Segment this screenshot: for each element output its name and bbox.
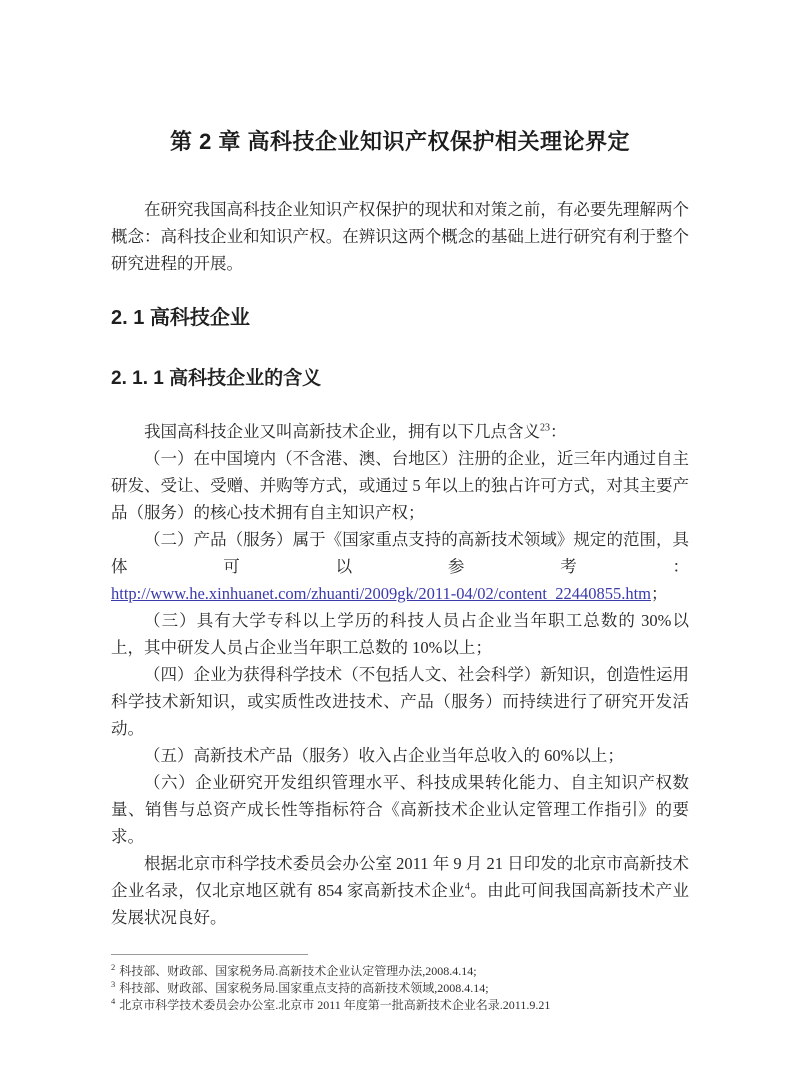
footnote-separator: [111, 954, 308, 955]
meaning-intro-colon: ：: [550, 422, 567, 441]
footnote: 4北京市科学技术委员会办公室.北京市 2011 年度第一批高新技术企业名录.20…: [111, 997, 689, 1014]
footnote: 2科技部、财政部、国家税务局.高新技术企业认定管理办法,2008.4.14;: [111, 963, 689, 980]
meaning-intro-text: 我国高科技企业又叫高新技术企业，拥有以下几点含义: [144, 422, 540, 441]
chapter-title: 第 2 章 高科技企业知识产权保护相关理论界定: [111, 126, 689, 158]
definition-item-2-line2: 体 可 以 参 考 ：: [111, 553, 689, 580]
section-heading-2-1: 2. 1 高科技企业: [111, 304, 689, 332]
definition-item-2-line1: （二）产品（服务）属于《国家重点支持的高新技术领域》规定的范围，具: [111, 526, 689, 553]
definition-item-6: （六）企业研究开发组织管理水平、科技成果转化能力、自主知识产权数量、销售与总资产…: [111, 769, 689, 850]
definition-item-1: （一）在中国境内（不含港、澳、台地区）注册的企业，近三年内通过自主研发、受让、受…: [111, 445, 689, 526]
footnote-marker: 3: [111, 979, 115, 989]
definition-item-3: （三）具有大学专科以上学历的科技人员占企业当年职工总数的 30%以上，其中研发人…: [111, 607, 689, 661]
footnote-marker: 4: [111, 996, 115, 1006]
definition-item-5: （五）高新技术产品（服务）收入占企业当年总收入的 60%以上；: [111, 742, 689, 769]
subsection-heading-2-1-1: 2. 1. 1 高科技企业的含义: [111, 365, 689, 392]
definition-item-2-link-line: http://www.he.xinhuanet.com/zhuanti/2009…: [111, 580, 689, 607]
closing-paragraph: 根据北京市科学技术委员会办公室 2011 年 9 月 21 日印发的北京市高新技…: [111, 850, 689, 931]
meaning-intro-paragraph: 我国高科技企业又叫高新技术企业，拥有以下几点含义23：: [111, 418, 689, 445]
footnote-text: 科技部、财政部、国家税务局.国家重点支持的高新技术领域,2008.4.14;: [119, 981, 488, 995]
page-content: 第 2 章 高科技企业知识产权保护相关理论界定 在研究我国高科技企业知识产权保护…: [111, 126, 689, 1014]
footnotes: 2科技部、财政部、国家税务局.高新技术企业认定管理办法,2008.4.14; 3…: [111, 963, 689, 1014]
footnote-ref-23: 23: [540, 423, 550, 434]
definition-item-4: （四）企业为获得科学技术（不包括人文、社会科学）新知识，创造性运用科学技术新知识…: [111, 661, 689, 742]
footnote-marker: 2: [111, 962, 115, 972]
reference-link-suffix: ；: [651, 584, 668, 603]
reference-link[interactable]: http://www.he.xinhuanet.com/zhuanti/2009…: [111, 584, 651, 603]
intro-paragraph: 在研究我国高科技企业知识产权保护的现状和对策之前，有必要先理解两个概念：高科技企…: [111, 196, 689, 277]
footnote-text: 科技部、财政部、国家税务局.高新技术企业认定管理办法,2008.4.14;: [119, 964, 476, 978]
footnote-text: 北京市科学技术委员会办公室.北京市 2011 年度第一批高新技术企业名录.201…: [119, 998, 550, 1012]
footnote: 3科技部、财政部、国家税务局.国家重点支持的高新技术领域,2008.4.14;: [111, 980, 689, 997]
document-page: 第 2 章 高科技企业知识产权保护相关理论界定 在研究我国高科技企业知识产权保护…: [0, 0, 800, 1067]
definition-body: 我国高科技企业又叫高新技术企业，拥有以下几点含义23： （一）在中国境内（不含港…: [111, 418, 689, 931]
